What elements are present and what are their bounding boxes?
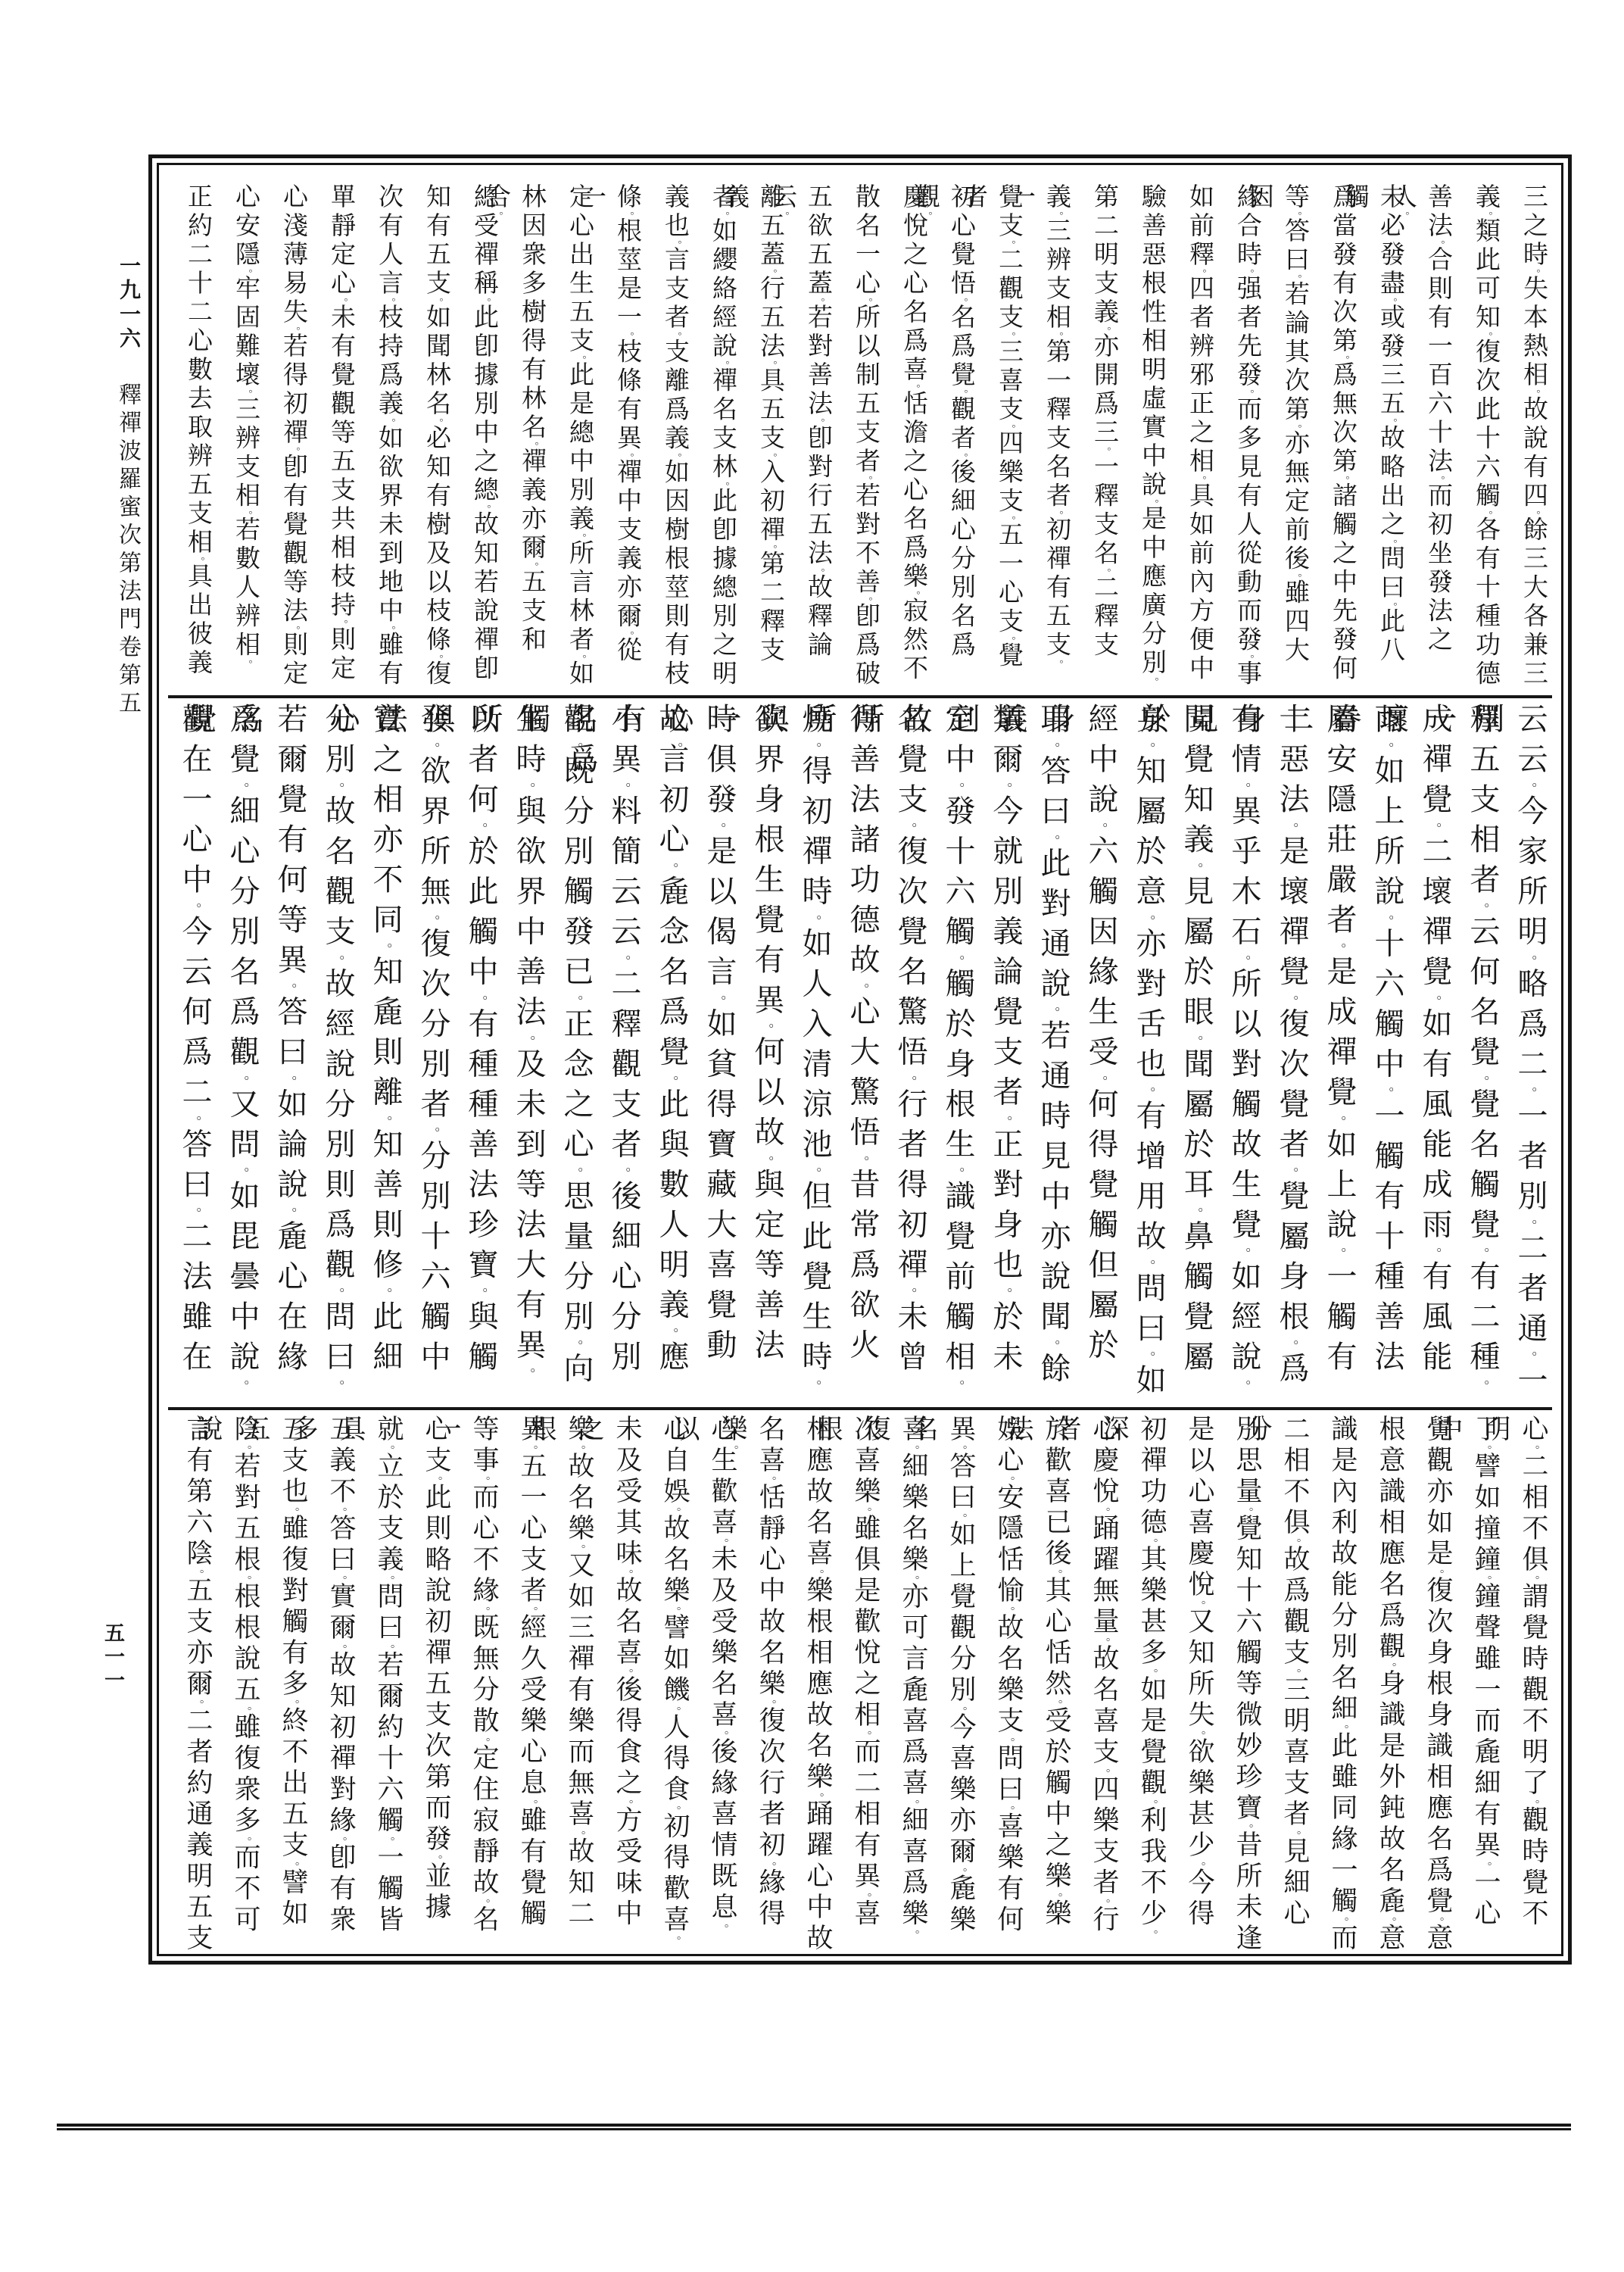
ideographic-period: 。: [1003, 636, 1015, 651]
text-column: 散名一心。所以制五支者。若對不善。卽爲破: [837, 183, 884, 692]
ideographic-period: 。: [1523, 1351, 1538, 1374]
ideographic-period: 。: [1002, 1476, 1015, 1492]
ideographic-period: 。: [1528, 269, 1540, 283]
ideographic-period: 。: [622, 332, 634, 346]
ideographic-period: 。: [1432, 476, 1445, 490]
ideographic-period: 。: [1003, 240, 1015, 254]
ideographic-period: 。: [525, 1606, 538, 1622]
ideographic-period: 。: [239, 1575, 252, 1591]
ideographic-period: 。: [717, 360, 729, 375]
ideographic-period: 。: [521, 782, 536, 805]
ideographic-period: 。: [1332, 1116, 1347, 1138]
ideographic-period: 。: [1051, 211, 1063, 226]
ideographic-period: 。: [1289, 1538, 1301, 1554]
text-column: 心淺薄易失。若得初禪。卽有覺觀等法。則定: [264, 183, 312, 692]
ideographic-period: 。: [1527, 1799, 1540, 1815]
text-column: 等事。而心不緣。既無分散。定住寂靜故。名一: [455, 1415, 503, 1957]
ideographic-period: 。: [902, 822, 918, 845]
ideographic-period: 。: [192, 1699, 204, 1715]
text-column: 者。如纓絡經說。禪名支林。此卽據總別之明: [694, 183, 741, 692]
ideographic-period: 。: [1146, 1668, 1158, 1684]
ideographic-period: 。: [812, 1569, 824, 1585]
text-column: 燒。得初禪時。如人入清涼池。但此覺生時。與: [789, 703, 837, 1404]
ideographic-period: 。: [1141, 1087, 1156, 1109]
ideographic-period: 。: [1479, 1575, 1492, 1591]
ideographic-period: 。: [478, 504, 491, 519]
ideographic-period: 。: [425, 742, 441, 765]
ideographic-period: 。: [569, 1340, 584, 1362]
ideographic-period: 。: [282, 1207, 298, 1230]
text-column: 單靜定心。未有覺觀等五支共相枝持。則定: [312, 183, 360, 692]
ideographic-period: 。: [621, 1668, 634, 1684]
ideographic-period: 。: [1146, 677, 1158, 691]
page-number: 五一一: [97, 1622, 127, 1693]
ideographic-period: 。: [1479, 1445, 1492, 1461]
ideographic-period: 。: [855, 983, 870, 1006]
ideographic-period: 。: [1146, 1799, 1158, 1815]
ideographic-period: 。: [765, 269, 777, 283]
ideographic-period: 。: [998, 1116, 1013, 1138]
ideographic-period: 。: [478, 1737, 491, 1753]
ideographic-period: 。: [855, 1156, 870, 1178]
ideographic-period: 。: [1189, 863, 1204, 885]
ideographic-period: 。: [716, 1538, 729, 1554]
ideographic-period: 。: [765, 360, 777, 375]
ideographic-period: 。: [1236, 782, 1252, 805]
text-column: 五欲五蓋。若對善法。卽對行五法。故釋論云。: [789, 183, 837, 692]
ideographic-period: 。: [616, 955, 631, 978]
ideographic-period: 。: [1050, 1893, 1063, 1908]
ideographic-period: 。: [764, 1862, 777, 1877]
text-column: 定心出生五支。此是總中別義。所言林者。如: [550, 183, 598, 692]
ideographic-period: 。: [621, 1799, 634, 1815]
ideographic-period: 。: [907, 1930, 920, 1946]
text-column: 初禪功德。其樂甚多。如是覺觀。利我不少。深: [1123, 1415, 1170, 1957]
text-column: 驗善惡根性相明虛實中說。是中應廣分別。: [1123, 183, 1170, 692]
text-column: 有情。異乎木石。所以對觸故生覺。如經說。見: [1218, 703, 1266, 1404]
ideographic-period: 。: [1002, 1737, 1015, 1753]
ideographic-period: 。: [764, 1699, 777, 1715]
text-column: 第二明支義。亦開爲三。一釋支名。二釋支: [1075, 183, 1123, 692]
ideographic-period: 。: [330, 782, 345, 805]
ideographic-period: 。: [712, 822, 727, 845]
text-column: 以者何。於此觸中。有種種善法珍寶。與觸俱: [455, 703, 503, 1404]
text-column: 得善法諸功德故。心大驚悟。昔常爲欲火所: [837, 703, 884, 1404]
ideographic-period: 。: [425, 915, 441, 938]
ideographic-period: 。: [1003, 516, 1015, 530]
text-column: 類爾。今就別義論覺支者。正對身也。於未到: [980, 703, 1027, 1404]
ideographic-period: 。: [1528, 510, 1540, 525]
ideographic-period: 。: [526, 442, 538, 456]
text-column: 異。五一心支者。經久受樂心息。雖有覺觸: [503, 1415, 550, 1957]
ideographic-period: 。: [669, 453, 681, 467]
text-column: 覺支。二觀支。三喜支。四樂支。五一心支。覺者: [980, 183, 1027, 692]
ideographic-period: 。: [1046, 835, 1061, 857]
ideographic-period: 。: [1475, 1380, 1490, 1403]
text-column: 於歡喜已後。其心恬然。受於觸中之樂。樂法: [1027, 1415, 1075, 1957]
ideographic-period: 。: [335, 1644, 348, 1660]
ideographic-period: 。: [1242, 389, 1254, 404]
ideographic-period: 。: [1051, 510, 1063, 525]
ideographic-period: 。: [282, 1075, 298, 1098]
ideographic-period: 。: [288, 326, 300, 341]
ideographic-period: 。: [1098, 1507, 1111, 1523]
text-column: 小異。料簡云云。二釋觀支者。後細心分別名爲: [598, 703, 646, 1404]
text-column: 心生歡喜。未及受樂名喜。後緣喜情既息。以: [694, 1415, 741, 1957]
text-column: 初心覺悟。名爲覺。觀者。後細心分別名爲觀。: [932, 183, 980, 692]
ideographic-period: 。: [1284, 1167, 1299, 1190]
ideographic-period: 。: [431, 418, 443, 432]
ideographic-period: 。: [1432, 1569, 1445, 1585]
ideographic-period: 。: [187, 903, 202, 925]
ideographic-period: 。: [1527, 1445, 1540, 1461]
ideographic-period: 。: [812, 418, 824, 432]
text-column: 生時。與欲界中善法。及未到等法大有異。所: [503, 703, 550, 1404]
ideographic-period: 。: [378, 1287, 393, 1310]
ideographic-period: 。: [1480, 332, 1492, 346]
ideographic-period: 。: [664, 1075, 679, 1098]
ideographic-period: 。: [669, 1805, 681, 1821]
ideographic-period: 。: [335, 1507, 348, 1523]
text-column: 觀。既分別觸發已。正念之心。思量分別。向觸: [550, 703, 598, 1404]
ideographic-period: 。: [287, 1507, 300, 1523]
ideographic-period: 。: [239, 1837, 252, 1852]
text-column: 心自娛。故名樂。譬如饑。人得食。初得歡喜。: [646, 1415, 694, 1957]
text-column: 別思量。覺知十六觸等微妙珍寶。昔所未逢: [1218, 1415, 1266, 1957]
ideographic-period: 。: [521, 1035, 536, 1058]
ideographic-period: 。: [1432, 1917, 1445, 1933]
ideographic-period: 。: [478, 298, 491, 312]
ideographic-period: 。: [1427, 1247, 1442, 1270]
ideographic-period: 。: [335, 1575, 348, 1591]
text-column: 雨。如上所說。十六觸中。一觸有十種善法眷: [1361, 703, 1409, 1404]
ideographic-period: 。: [240, 269, 252, 283]
ideographic-period: 。: [1332, 943, 1347, 966]
ideographic-period: 。: [478, 1899, 491, 1915]
ideographic-period: 。: [1284, 995, 1299, 1018]
ideographic-period: 。: [335, 1837, 348, 1852]
text-column: 發。欲界所無。復次分別者。分別十六觸中法: [407, 703, 455, 1404]
ideographic-period: 。: [478, 1606, 491, 1622]
ideographic-period: 。: [1432, 240, 1445, 254]
text-column: 識是內利故能分別名細。此雖同緣一觸。而: [1314, 1415, 1361, 1957]
ideographic-period: 。: [1385, 602, 1397, 616]
ideographic-period: 。: [765, 545, 777, 559]
text-column: 寶之相亦不同。知麁則離。知善則修。此細心: [360, 703, 407, 1404]
ideographic-period: 。: [1046, 1006, 1061, 1029]
ideographic-period: 。: [1193, 1731, 1206, 1746]
ideographic-period: 。: [1098, 1899, 1111, 1915]
ideographic-period: 。: [574, 355, 586, 370]
ideographic-period: 。: [1189, 1035, 1204, 1058]
text-column: 次喜樂。雖俱是歡悅之相。而二相有異。喜根: [837, 1415, 884, 1957]
ideographic-period: 。: [1241, 1507, 1254, 1523]
ideographic-period: 。: [669, 332, 681, 346]
ideographic-period: 。: [950, 1167, 965, 1190]
ideographic-period: 。: [955, 1868, 968, 1883]
ideographic-period: 。: [1385, 539, 1397, 554]
text-column: 成禪覺。二壞禪覺。如有風能成雨。有風能壞: [1409, 703, 1457, 1404]
ideographic-period: 。: [764, 1476, 777, 1492]
text-column: 義。三辨支相。第一釋支名者。初禪有五支。一: [1027, 183, 1075, 692]
ideographic-period: 。: [330, 1287, 345, 1310]
ideographic-period: 。: [907, 1445, 920, 1461]
ideographic-period: 。: [716, 1731, 729, 1746]
ideographic-period: 。: [998, 782, 1013, 805]
text-column: 義。類此可知。復次此十六觸。各有十種功德: [1457, 183, 1504, 692]
ideographic-period: 。: [812, 298, 824, 312]
ideographic-period: 。: [1528, 389, 1540, 404]
ideographic-period: 。: [569, 995, 584, 1018]
ideographic-period: 。: [525, 1445, 538, 1461]
ideographic-period: 。: [1523, 782, 1538, 805]
text-column: 言有第六陰。五支亦爾。二者約通義明五支: [169, 1415, 217, 1957]
ideographic-period: 。: [1480, 510, 1492, 525]
ideographic-period: 。: [525, 1799, 538, 1815]
text-column: 正約二十二心數去取辨五支相。具出彼義: [169, 183, 217, 692]
text-column: 耶。答曰。此對通說。若通時見中亦說聞。餘義: [1027, 703, 1075, 1404]
ideographic-period: 。: [1141, 742, 1156, 765]
text-column: 林因衆多樹得有林名。禪義亦爾。五支和合。: [503, 183, 550, 692]
ideographic-period: 。: [240, 510, 252, 525]
ideographic-period: 。: [1093, 1075, 1108, 1098]
ideographic-period: 。: [382, 1445, 395, 1461]
ideographic-period: 。: [1336, 1724, 1349, 1740]
ideographic-period: 。: [1284, 1340, 1299, 1362]
ideographic-period: 。: [1146, 1930, 1158, 1946]
ideographic-period: 。: [765, 453, 777, 467]
ideographic-period: 。: [1242, 269, 1254, 283]
text-column: 次有人言。枝持爲義。如欲界未到地中。雖有: [360, 183, 407, 692]
text-column: 名覺支。復次覺名驚悟。行者得初禪。未曾所: [884, 703, 932, 1404]
text-column: 釋五支相者。云何名覺。覺名觸覺。有二種。一: [1457, 703, 1504, 1404]
ideographic-period: 。: [717, 211, 729, 226]
ideographic-period: 。: [908, 384, 920, 398]
ideographic-period: 。: [478, 1476, 491, 1492]
ideographic-period: 。: [907, 1799, 920, 1815]
text-column: 欲界身根生覺有異。何以故。與定等善法一: [741, 703, 789, 1404]
scanned-canon-page: 一九一六 釋禪波羅蜜次第法門卷第五 五一一 三之時。失本熱相。故說有四。餘三大各…: [0, 0, 1624, 2272]
ideographic-period: 。: [622, 631, 634, 645]
ideographic-period: 。: [807, 1167, 822, 1190]
text-column: 等。答曰。若論其次第。亦無定前後。雖四大因: [1266, 183, 1314, 692]
ideographic-period: 。: [1385, 298, 1397, 312]
ideographic-period: 。: [1332, 1247, 1347, 1270]
ideographic-period: 。: [1289, 1830, 1301, 1846]
register-middle: 云云。今家所明。略爲二。一者別。二者通。一別釋五支相者。云何名覺。覺名觸覺。有二…: [168, 703, 1552, 1404]
ideographic-period: 。: [669, 1936, 681, 1952]
ideographic-period: 。: [669, 1706, 681, 1722]
ideographic-period: 。: [621, 1569, 634, 1585]
ideographic-period: 。: [1099, 568, 1111, 582]
ideographic-period: 。: [1050, 1699, 1063, 1715]
text-frame-inner: 三之時。失本熱相。故說有四。餘三大各兼三義。類此可知。復次此十六觸。各有十種功德…: [159, 165, 1561, 1954]
ideographic-period: 。: [382, 1575, 395, 1591]
text-column: 爲當發有次第。爲無次第。諸觸之中先發何: [1314, 183, 1361, 692]
ideographic-period: 。: [812, 1793, 824, 1809]
ideographic-period: 。: [1289, 1668, 1301, 1684]
ideographic-period: 。: [1475, 903, 1490, 925]
ideographic-period: 。: [1236, 955, 1252, 978]
text-column: 經中說。六觸因緣生受。何得覺觸但屬於身: [1075, 703, 1123, 1404]
ideographic-period: 。: [1046, 1340, 1061, 1362]
ideographic-period: 。: [1385, 418, 1397, 432]
ideographic-period: 。: [473, 995, 488, 1018]
text-column: 條。根莖是一。枝條有異。禪中支義亦爾。從一: [598, 183, 646, 692]
ideographic-period: 。: [669, 1606, 681, 1622]
ideographic-period: 。: [521, 1368, 536, 1390]
ideographic-period: 。: [382, 1837, 395, 1852]
register-bottom: 心。二相不俱。謂覺時觀不明了。觀時覺不明了。譬如撞鐘。鐘聲雖一而麁細有異。一心中…: [168, 1415, 1552, 1957]
ideographic-period: 。: [378, 943, 393, 966]
ideographic-period: 。: [431, 654, 443, 669]
ideographic-period: 。: [235, 782, 250, 805]
ideographic-period: 。: [335, 298, 348, 312]
ideographic-period: 。: [288, 447, 300, 461]
text-column: 故言初心。麁念名爲覺。此與數人明義。應有: [646, 703, 694, 1404]
ideographic-period: 。: [187, 1116, 202, 1138]
ideographic-period: 。: [235, 1167, 250, 1190]
ideographic-period: 。: [1141, 1351, 1156, 1374]
ideographic-period: 。: [383, 298, 395, 312]
ideographic-period: 。: [669, 1507, 681, 1523]
ideographic-period: 。: [1193, 1862, 1206, 1877]
ideographic-period: 。: [1337, 476, 1349, 490]
text-column: 定中。發十六觸。觸於身根生。識覺前觸相。故: [932, 703, 980, 1404]
ideographic-period: 。: [378, 1116, 393, 1138]
ideographic-period: 。: [716, 1924, 729, 1940]
ideographic-period: 。: [955, 298, 968, 312]
text-column: 屬安隱莊嚴者。是成禪覺。如上說。一觸有二: [1314, 703, 1361, 1404]
ideographic-period: 。: [1194, 269, 1206, 283]
text-column: 就。立於支義。問曰。若爾約十六觸。一觸皆具: [360, 1415, 407, 1957]
ideographic-period: 。: [1427, 995, 1442, 1018]
text-column: 異。答曰。如上覺觀分別。今喜樂亦爾。麁樂名: [932, 1415, 980, 1957]
ideographic-period: 。: [955, 1445, 968, 1461]
text-column: 陰。若對五根。根根說五。雖復衆多。而不可說: [217, 1415, 264, 1957]
ideographic-period: 。: [860, 597, 872, 611]
text-column: 善法。合則有一百六十法。而初坐發法之人。: [1409, 183, 1457, 692]
ideographic-period: 。: [430, 1855, 443, 1871]
text-column: 若爾覺有何等異。答曰。如論說。麁心在緣名: [264, 703, 312, 1404]
text-column: 五義不。答曰。實爾。故知初禪對緣。卽有衆多: [312, 1415, 360, 1957]
ideographic-period: 。: [1194, 476, 1206, 490]
text-column: 十惡法。是壞禪覺。復次覺者。覺屬身根。爲身: [1266, 703, 1314, 1404]
text-column: 樂。故名樂。又如三禪有樂而無喜。故知二根: [550, 1415, 598, 1957]
ideographic-period: 。: [950, 1380, 965, 1403]
ideographic-period: 。: [1523, 955, 1538, 978]
ideographic-period: 。: [288, 626, 300, 640]
ideographic-period: 。: [860, 476, 872, 490]
ideographic-period: 。: [573, 1544, 586, 1560]
ideographic-period: 。: [950, 782, 965, 805]
text-column: 未必發盡。或發三五。故略出之。問曰。此八觸: [1361, 183, 1409, 692]
ideographic-period: 。: [282, 983, 298, 1006]
text-column: 時俱發。是以偈言。如貧得寶藏大喜覺動心。: [694, 703, 741, 1404]
ideographic-period: 。: [1241, 1824, 1254, 1840]
text-column: 是以心喜慶悅。又知所失。欲樂甚少。今得: [1170, 1415, 1218, 1957]
ideographic-period: 。: [1051, 332, 1063, 346]
ideographic-period: 。: [573, 1830, 586, 1846]
ideographic-period: 。: [1098, 1768, 1111, 1784]
ideographic-period: 。: [1475, 1075, 1490, 1098]
ideographic-period: 。: [1242, 654, 1254, 669]
register-separator: [168, 1407, 1552, 1410]
ideographic-period: 。: [1051, 660, 1063, 674]
ideographic-period: 。: [1050, 1569, 1063, 1585]
ideographic-period: 。: [1523, 1219, 1538, 1242]
ideographic-period: 。: [1284, 822, 1299, 845]
ideographic-period: 。: [622, 453, 634, 467]
ideographic-period: 。: [573, 1445, 586, 1461]
ideographic-period: 。: [1146, 499, 1158, 513]
text-column: 離五蓋。行五法。具五支。入初禪。第二釋支義: [741, 183, 789, 692]
ideographic-period: 。: [1002, 1606, 1015, 1622]
text-column: 娛心。安隱恬愉。故名樂支。問曰。喜樂有何: [980, 1415, 1027, 1957]
text-frame: 三之時。失本熱相。故說有四。餘三大各兼三義。類此可知。復次此十六觸。各有十種功德…: [148, 154, 1572, 1965]
ideographic-period: 。: [383, 418, 395, 432]
ideographic-period: 。: [955, 389, 968, 404]
ideographic-period: 。: [1480, 211, 1492, 226]
text-column: 義也。言支者。支離爲義。如因樹根莖則有枝: [646, 183, 694, 692]
ideographic-period: 。: [1093, 822, 1108, 845]
ideographic-period: 。: [526, 562, 538, 576]
register-top: 三之時。失本熱相。故說有四。餘三大各兼三義。類此可知。復次此十六觸。各有十種功德…: [168, 183, 1552, 692]
ideographic-period: 。: [1479, 1862, 1492, 1877]
text-column: 名喜。恬靜心中故名樂。復次行者初。緣得樂。: [741, 1415, 789, 1957]
text-column: 二相不俱。故爲觀支。三明喜支者。見細心分: [1266, 1415, 1314, 1957]
ideographic-period: 。: [812, 568, 824, 582]
ideographic-period: 。: [807, 915, 822, 938]
ideographic-period: 。: [192, 557, 204, 571]
ideographic-period: 。: [1236, 1380, 1252, 1403]
ideographic-period: 。: [759, 1156, 775, 1178]
ideographic-period: 。: [955, 1513, 968, 1529]
ideographic-period: 。: [430, 1476, 443, 1492]
ideographic-period: 。: [902, 1075, 918, 1098]
ideographic-period: 。: [1523, 1087, 1538, 1109]
text-column: 緣合時。强者先發。而多見有人從動而發。事: [1218, 183, 1266, 692]
ideographic-period: 。: [1336, 1917, 1349, 1933]
ideographic-period: 。: [1236, 1247, 1252, 1270]
ideographic-period: 。: [330, 955, 345, 978]
ideographic-period: 。: [473, 1287, 488, 1310]
text-column: 如前釋。四者辨邪正之相。具如前內方便中: [1170, 183, 1218, 692]
ideographic-period: 。: [1379, 915, 1395, 938]
ideographic-period: 。: [235, 1075, 250, 1098]
ideographic-period: 。: [1099, 447, 1111, 461]
ideographic-period: 。: [664, 863, 679, 885]
ideographic-period: 。: [807, 1380, 822, 1403]
ideographic-period: 。: [1427, 822, 1442, 845]
ideographic-period: 。: [192, 1569, 204, 1585]
text-column: 爲覺。細心分別名爲觀。又問。如毘曇中說。覺: [217, 703, 264, 1404]
ideographic-period: 。: [859, 1893, 872, 1908]
text-column: 總受禪稱。此卽據別中之總。故知若說禪卽: [455, 183, 503, 692]
ideographic-period: 。: [955, 1706, 968, 1722]
ideographic-period: 。: [240, 660, 252, 674]
text-column: 聞覺知義。見屬於眼。聞屬於耳。鼻觸覺屬於: [1170, 703, 1218, 1404]
ideographic-period: 。: [859, 1731, 872, 1746]
ideographic-period: 。: [1099, 326, 1111, 341]
text-column: 心安隱。牢固難壞。三辨支相。若數人辨相。: [217, 183, 264, 692]
ideographic-period: 。: [1384, 1662, 1397, 1678]
ideographic-period: 。: [1289, 211, 1301, 226]
text-column: 心慶悅。踊躍無量。故名喜支。四樂支者。行者: [1075, 1415, 1123, 1957]
ideographic-period: 。: [235, 1380, 250, 1403]
ideographic-period: 。: [1002, 1805, 1015, 1821]
ideographic-period: 。: [330, 1380, 345, 1403]
